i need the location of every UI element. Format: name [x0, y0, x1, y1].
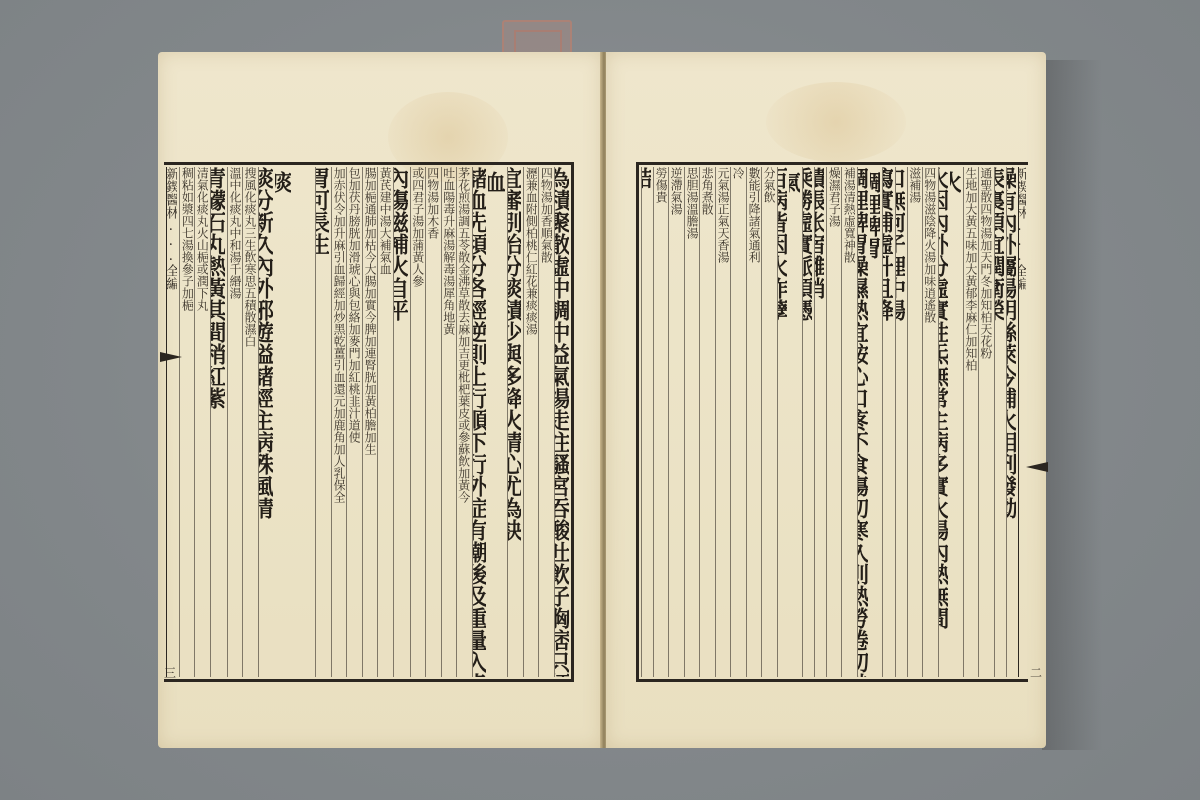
right-page-text-frame: 新鍥醫林...全編 燥有內外屬陽明絲萊今補火相刑發動 表裏須宜潤衛榮 通聖散四物…	[636, 162, 1028, 682]
annotation-column: 數能引降諸氣通利	[746, 167, 760, 677]
section-heading-blood: 血	[488, 167, 504, 677]
annotation-pair: 茅花煎湯調五苓散金沸草散去麻加吉更枇杷葉皮或參蘇飲加黃今 吐血陽毒升麻湯解毒湯犀…	[441, 167, 470, 677]
text-column: 燥有內外屬陽明絲萊今補火相刑發動	[1006, 167, 1016, 677]
annotation-column: 元氣湯正氣天香湯	[715, 167, 729, 677]
text-column: 痰分新久內外邪遊溢諸經主病殊風清	[258, 167, 273, 677]
annotation-pair: 四物湯滋陰降火湯加味逍遙散 滋補湯	[907, 167, 936, 677]
annotation-column: 搜風化痰丸三生飲寒思五積散濕白	[242, 167, 256, 677]
text-column: 火因內外分虛實性炁無常主病多實火湯內熱無間	[938, 167, 948, 677]
text-column: 青礞石丸熱黃其間稍紅紫	[210, 167, 225, 677]
annotation-pair: 冷 元氣湯正氣天香湯	[715, 167, 744, 677]
annotation-column: 溫中化痰丸中和湯千緡湯	[227, 167, 241, 677]
text-column: 內傷滋補火自平	[393, 167, 408, 677]
left-page-columns: 為積聚散虛中調中益氣湯走注騷宮吞酸吐飲子胸痞只梗痺只橘腫氣飲一二便難三和 四物湯…	[166, 167, 569, 677]
text-column: 結	[641, 167, 651, 677]
annotation-column: 包加茯丹膀胱加滑琥心與包絡加麥門加紅桃韭汁道使	[346, 167, 360, 677]
text-column: 積脹胀宿難消	[814, 167, 824, 677]
annotation-column: 分氣飲	[761, 167, 775, 677]
left-page-text-frame: 為積聚散虛中調中益氣湯走注騷宮吞酸吐飲子胸痞只梗痺只橘腫氣飲一二便難三和 四物湯…	[164, 162, 574, 682]
annotation-column: 燥濕君子湯	[826, 167, 840, 677]
blank-column	[293, 167, 313, 677]
open-book: 為積聚散虛中調中益氣湯走注騷宮吞酸吐飲子胸痞只梗痺只橘腫氣飲一二便難三和 四物湯…	[158, 52, 1048, 748]
annotation-column: 吐血陽毒升麻湯解毒湯犀角地黃	[441, 167, 455, 677]
section-heading-stomach: 胃可長生	[315, 167, 330, 677]
left-page: 為積聚散虛中調中益氣湯走注騷宮吞酸吐飲子胸痞只梗痺只橘腫氣飲一二便難三和 四物湯…	[158, 52, 602, 748]
annotation-pair: 四物湯加香順氣散 瀝兼血附側柏桃仁紅花兼痰痰湯	[523, 167, 552, 677]
text-column: 諸血先須分各經逆則上行順下行外症有潮後及重量入虛實氣須平久感稍宜涼劑	[472, 167, 487, 677]
margin-title: 新鍥醫林...全編	[166, 167, 177, 677]
text-column: 為積聚散虛中調中益氣湯走注騷宮吞酸吐飲子胸痞只梗痺只橘腫氣飲一二便難三和	[554, 167, 569, 677]
page-number: 三	[164, 664, 176, 681]
annotation-column: 茅花煎湯調五苓散金沸草散去麻加吉更枇杷葉皮或參蘇飲加黃今	[456, 167, 470, 677]
annotation-pair: 逆滯氣湯 勞傷貴	[653, 167, 682, 677]
section-heading-qi: 氣	[789, 167, 800, 677]
paper-stain	[766, 82, 906, 162]
annotation-pair: 包加茯丹膀胱加滑琥心與包絡加麥門加紅桃韭汁道使 加赤伏令加升麻引血歸經加炒黑乾薑…	[331, 167, 360, 677]
book-shadow	[1042, 60, 1102, 750]
text-column: 調理脾胃燥濕熱宜按心口疼不食傷初寒久則熱勞倦初熱久寒生熱病火痰暈吐瀉	[857, 167, 867, 677]
annotation-pair: 清氣化痰丸火山梔或潤下丸 稠粘如漿四七湯換參子加梔	[179, 167, 208, 677]
right-page: 新鍥醫林...全編 燥有內外屬陽明絲萊今補火相刑發動 表裏須宜潤衛榮 通聖散四物…	[606, 52, 1046, 748]
annotation-column: 通聖散四物湯加天門冬加知柏天花粉	[978, 167, 992, 677]
annotation-column: 黃芪建中湯大補氣血	[377, 167, 391, 677]
text-column: 口無何子理中湯	[895, 167, 905, 677]
annotation-column: 四物湯加木香	[425, 167, 439, 677]
text-column: 瀉實補虛升且降	[882, 167, 892, 677]
annotation-pair: 悲角煮散 思胆湯溫膽湯	[684, 167, 713, 677]
section-heading-fire: 火	[950, 167, 961, 677]
annotation-pair: 搜風化痰丸三生飲寒思五積散濕白 溫中化痰丸中和湯千緡湯	[227, 167, 256, 677]
text-column: 乘勝虛實脈須憑	[802, 167, 812, 677]
annotation-column: 冷	[730, 167, 744, 677]
page-number: 二	[1030, 664, 1042, 681]
annotation-column: 或四君子湯加蒲黃人參	[410, 167, 424, 677]
annotation-column: 四物湯滋陰降火湯加味逍遙散	[922, 167, 936, 677]
annotation-column: 勞傷貴	[653, 167, 667, 677]
margin-title: 新鍥醫林...全編	[1018, 167, 1026, 677]
annotation-column: 四物湯加香順氣散	[538, 167, 552, 677]
annotation-column: 滋補湯	[907, 167, 921, 677]
annotation-pair: 補湯清熱虛寬神散 燥濕君子湯	[826, 167, 855, 677]
annotation-pair: 分氣飲 數能引降諸氣通利	[746, 167, 775, 677]
annotation-column: 瀝兼血附側柏桃仁紅花兼痰痰湯	[523, 167, 537, 677]
annotation-column: 悲角煮散	[699, 167, 713, 677]
annotation-column: 思胆湯溫膽湯	[684, 167, 698, 677]
annotation-column: 清氣化痰丸火山梔或潤下丸	[194, 167, 208, 677]
text-column: 宜審別治分痰積少與多降火清心尤為訣	[507, 167, 522, 677]
annotation-column: 稠粘如漿四七湯換參子加梔	[179, 167, 193, 677]
annotation-column: 加赤伏令加升麻引血歸經加炒黑乾薑引血還元加鹿角加人乳保全	[331, 167, 345, 677]
section-heading-spleen-stomach: 調理脾胃	[870, 167, 881, 677]
fold-mark-icon	[1026, 462, 1048, 472]
right-page-columns: 新鍥醫林...全編 燥有內外屬陽明絲萊今補火相刑發動 表裏須宜潤衛榮 通聖散四物…	[641, 167, 1026, 677]
annotation-column: 生地加大黃五味加大黃郁李麻仁加知柏	[963, 167, 977, 677]
annotation-pair: 四物湯加木香 或四君子湯加蒲黃人參	[410, 167, 439, 677]
annotation-pair: 通聖散四物湯加天門冬加知柏天花粉 生地加大黃五味加大黃郁李麻仁加知柏	[963, 167, 992, 677]
text-column: 百病皆因火作孽	[777, 167, 787, 677]
annotation-pair: 黃芪建中湯大補氣血 腸加梔通肺加枯今大腸加實今脾加連腎胱加黃柏膽加生	[362, 167, 391, 677]
annotation-column: 逆滯氣湯	[668, 167, 682, 677]
annotation-column: 腸加梔通肺加枯今大腸加實今脾加連腎胱加黃柏膽加生	[362, 167, 376, 677]
text-column: 表裏須宜潤衛榮	[994, 167, 1004, 677]
section-heading-phlegm: 痰	[275, 167, 291, 677]
annotation-column: 補湯清熱虛寬神散	[841, 167, 855, 677]
